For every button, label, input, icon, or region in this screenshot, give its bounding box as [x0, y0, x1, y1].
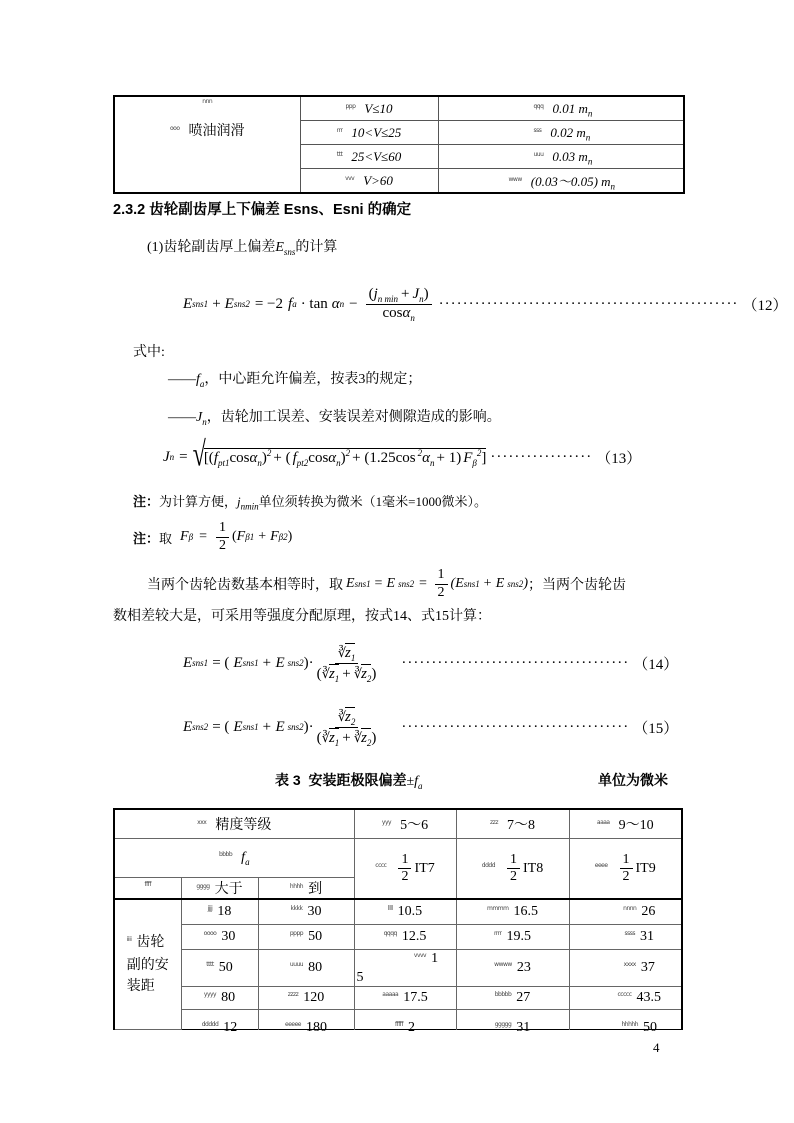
table-row: iiii齿轮副的安装距 jjjj18 kkkk30 llll10.5 mmmm1… [114, 899, 682, 925]
note-2: 注： 取 Fβ = 12 (Fβ1+Fβ2) [133, 516, 292, 558]
table-row-clipped: ddddd12 eeeee180 fffff2 ggggg31 hhhhh50 [114, 1010, 682, 1030]
cell: ccccc43.5 [569, 987, 682, 1010]
cell: ssss31 [569, 925, 682, 950]
lubrication-table: nnn ooo喷油润滑 pppV≤10 qqq0.01 mn rrr10<V≤2… [113, 95, 685, 194]
paragraph-2-line1: 当两个齿轮齿数基本相等时，取 Esns1 = Esns2 = 12 (Esns1… [147, 563, 626, 605]
cell: xxxx37 [569, 950, 682, 987]
speed-range-cell: rrr10<V≤25 [300, 121, 438, 145]
note-1: 注：为计算方便，jnmin单位须转换为微米（1毫米=1000微米）。 [133, 491, 487, 510]
cell: aaaaa17.5 [354, 987, 456, 1010]
speed-range-cell: vvvV>60 [300, 169, 438, 194]
cell: nnnn26 [569, 899, 682, 925]
formula-12: Esns1 + Esns2 = −2 fa · tan αn − (jn min… [183, 278, 787, 330]
fraction: ∛z1 (∛z1+∛z2) [317, 643, 377, 683]
table-header-row: bbbbfa cccc12IT7 dddd12IT8 eeee12IT9 [114, 839, 682, 878]
radicand: [(fpt1cosαn)2+ (fpt2cosαn)2+ (1.25cos2αn… [204, 448, 487, 467]
where-label: 式中: [133, 341, 165, 361]
formula-15: Esns2 = ( Esns1 + Esns2 )· ∛z2 (∛z1+∛z2)… [183, 697, 678, 757]
it8-header: dddd12IT8 [456, 839, 569, 900]
cell-wrapped-value: vvvv1 5 [354, 950, 456, 987]
cell-mark: nnn [115, 97, 300, 113]
speed-range-cell: pppV≤10 [300, 96, 438, 121]
fraction: ∛z2 (∛z1+∛z2) [317, 707, 377, 747]
fraction: (jn min+Jn) cosαn [366, 286, 432, 322]
cell: bbbbb27 [456, 987, 569, 1010]
cell: jjjj18 [181, 899, 258, 925]
cell: tttt50 [181, 950, 258, 987]
fraction: 12 [435, 567, 448, 600]
cell: yyyy80 [181, 987, 258, 1010]
cell: rrrr19.5 [456, 925, 569, 950]
lubrication-label: ooo喷油润滑 [115, 120, 300, 140]
cell: hhhhh50 [569, 1010, 682, 1030]
grade-9-10-header: aaaa9～10 [569, 809, 682, 839]
cell: ggggg31 [456, 1010, 569, 1030]
table-header-row: xxx精度等级 yyy5～6 zzz7～8 aaaa9～10 [114, 809, 682, 839]
cell: fffff2 [354, 1010, 456, 1030]
accuracy-grade-header: xxx精度等级 [114, 809, 354, 839]
cell: zzzz120 [258, 987, 354, 1010]
cell: uuuu80 [258, 950, 354, 987]
value-cell: www(0.03～0.05) mn [438, 169, 684, 194]
definition-jn: ——Jn，齿轮加工误差、安装误差对侧隙造成的影响。 [168, 406, 501, 426]
cell: wwww23 [456, 950, 569, 987]
cell: pppp50 [258, 925, 354, 950]
it7-header: cccc12IT7 [354, 839, 456, 900]
document-page: nnn ooo喷油润滑 pppV≤10 qqq0.01 mn rrr10<V≤2… [0, 0, 794, 1123]
row-group-label: iiii齿轮副的安装距 [114, 899, 181, 1030]
value-cell: qqq0.01 mn [438, 96, 684, 121]
radical-sign: √ [193, 436, 206, 475]
cell: mmmm16.5 [456, 899, 569, 925]
page-number: 4 [653, 1040, 660, 1056]
fraction: 12 [216, 520, 229, 553]
value-cell: uuu0.03 mn [438, 145, 684, 169]
cell: ddddd12 [181, 1010, 258, 1030]
paragraph-intro: (1)齿轮副齿厚上偏差Esns的计算 [147, 236, 337, 256]
it9-header: eeee12IT9 [569, 839, 682, 900]
table3-caption: 表 3 安装距极限偏差±fa [275, 770, 423, 790]
grade-7-8-header: zzz7～8 [456, 809, 569, 839]
cell: kkkk30 [258, 899, 354, 925]
fa-header: bbbbfa [114, 839, 354, 878]
table3-unit: 单位为微米 [598, 770, 668, 790]
paragraph-2-line2: 数相差较大是，可采用等强度分配原理，按式14、式15计算： [113, 605, 491, 625]
formula-13: Jn = √[(fpt1cosαn)2+ (fpt2cosαn)2+ (1.25… [163, 440, 641, 474]
mounting-distance-table: xxx精度等级 yyy5～6 zzz7～8 aaaa9～10 bbbbfa cc… [113, 808, 683, 1030]
table-row: tttt50 uuuu80 vvvv1 5 wwww23 xxxx37 [114, 950, 682, 987]
up-to-header: hhhh到 [258, 878, 354, 900]
formula-14: Esns1 = ( Esns1 + Esns2 )· ∛z1 (∛z1+∛z2)… [183, 633, 678, 693]
grade-5-6-header: yyy5～6 [354, 809, 456, 839]
lubrication-label-cell: nnn ooo喷油润滑 [114, 96, 300, 193]
cell: llll10.5 [354, 899, 456, 925]
table-row: oooo30 pppp50 qqqq12.5 rrrr19.5 ssss31 [114, 925, 682, 950]
cell: qqqq12.5 [354, 925, 456, 950]
empty-header-cell: ffff [114, 878, 181, 900]
table-row: nnn ooo喷油润滑 pppV≤10 qqq0.01 mn [114, 96, 684, 121]
speed-range-cell: ttt25<V≤60 [300, 145, 438, 169]
table-row: yyyy80 zzzz120 aaaaa17.5 bbbbb27 ccccc43… [114, 987, 682, 1010]
cell: oooo30 [181, 925, 258, 950]
definition-fa: ——fa，中心距允许偏差，按表3的规定； [168, 368, 421, 388]
value-cell: sss0.02 mn [438, 121, 684, 145]
cell: eeeee180 [258, 1010, 354, 1030]
section-heading: 2.3.2 齿轮副齿厚上下偏差 Esns、Esni 的确定 [113, 198, 411, 219]
greater-than-header: gggg大于 [181, 878, 258, 900]
